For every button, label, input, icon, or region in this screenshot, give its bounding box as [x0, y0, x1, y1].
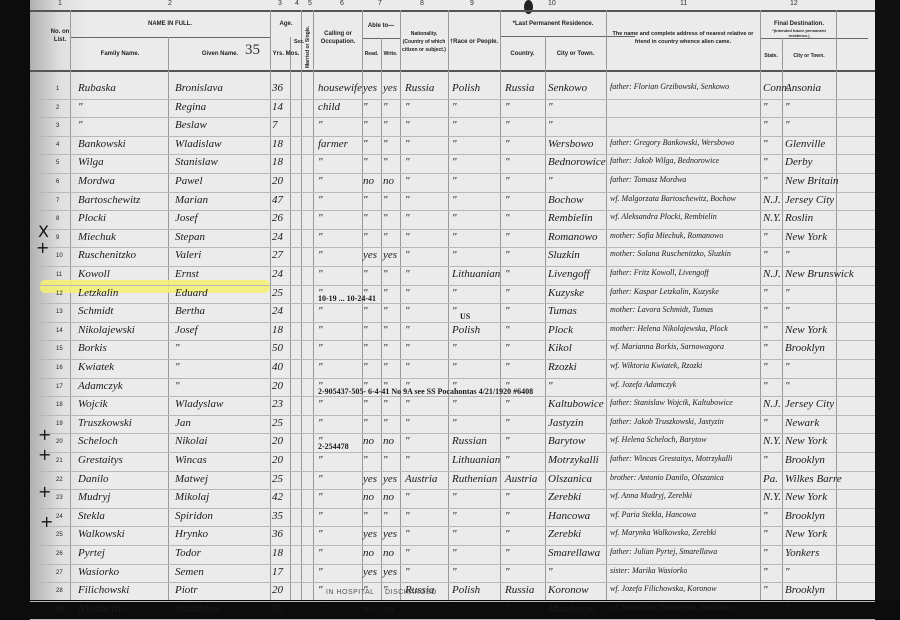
table-row: 21GrestaitysWincas20""""Lithuanian"Motrz… [0, 452, 900, 471]
given-name-cell: " [175, 361, 180, 373]
row-number: 6 [56, 179, 59, 185]
table-row: 23MudryjMikolaj42"nono"""Zerebkiwf. Anna… [0, 489, 900, 508]
race-cell: Lithuanian [452, 454, 500, 466]
occupation-cell: " [318, 175, 323, 187]
col-num: 10 [548, 0, 556, 7]
destination-city-cell: " [785, 287, 790, 299]
row-number: 27 [56, 570, 63, 576]
age-cell: 25 [272, 287, 283, 299]
row-number: 4 [56, 142, 59, 148]
occupation-cell: housewife [318, 82, 362, 94]
destination-city-cell: New Britain [785, 175, 838, 187]
write-cell: " [383, 101, 388, 113]
city-cell: " [548, 175, 553, 187]
header-state: State. [760, 52, 782, 60]
write-cell: " [383, 324, 388, 336]
city-cell: Zerebki [548, 528, 581, 540]
write-cell: no [383, 547, 394, 559]
occupation-cell: " [318, 249, 323, 261]
relative-cell: mother: Helena Nikolajewska, Plock [610, 324, 728, 333]
country-cell: " [505, 398, 510, 410]
row-number: 1 [56, 86, 59, 92]
family-name-cell: Grestaitys [78, 454, 123, 466]
state-cell: " [763, 119, 768, 131]
handwritten-annotation: 10-19 ... 10-24-41 [318, 294, 376, 303]
race-cell: Russian [452, 435, 487, 447]
table-row: 9MiechukStepan24""""""Romanowomother: So… [0, 229, 900, 248]
write-cell: " [383, 287, 388, 299]
row-number: 8 [56, 216, 59, 222]
age-cell: 20 [272, 454, 283, 466]
row-number: 17 [56, 384, 63, 390]
city-cell: Kikol [548, 342, 572, 354]
nationality-cell: Russia [405, 82, 434, 94]
state-cell: N.J. [763, 398, 781, 410]
occupation-cell: " [318, 473, 323, 485]
write-cell: " [383, 194, 388, 206]
family-name-cell: Mordwa [78, 175, 115, 187]
discharged-stamp: DISCHARGED [385, 589, 437, 596]
write-cell: " [383, 305, 388, 317]
family-name-cell: Mudryj [78, 491, 110, 503]
race-cell: " [452, 417, 457, 429]
header-bottom-rule [30, 70, 875, 72]
header-dest-city: City or Town. [782, 52, 836, 60]
race-cell: " [452, 212, 457, 224]
occupation-cell: " [318, 212, 323, 224]
read-cell: " [363, 231, 368, 243]
city-cell: Livengoff [548, 268, 590, 280]
given-name-cell: Eduard [175, 287, 208, 299]
age-cell: 40 [272, 361, 283, 373]
occupation-cell: " [318, 342, 323, 354]
family-name-cell: Stekla [78, 510, 105, 522]
age-cell: 24 [272, 305, 283, 317]
destination-city-cell: Glenville [785, 138, 825, 150]
country-cell: Russia [505, 584, 534, 596]
country-cell: " [505, 156, 510, 168]
read-cell: " [363, 101, 368, 113]
occupation-cell: " [318, 454, 323, 466]
race-cell: " [452, 305, 457, 317]
occupation-cell: " [318, 510, 323, 522]
family-name-cell: Walkowski [78, 528, 125, 540]
nationality-cell: " [405, 231, 410, 243]
relative-cell: father: Tomasz Mordwa [610, 175, 686, 184]
family-name-cell: Bankowski [78, 138, 126, 150]
table-row: 20SchelochNikolai20"nono"Russian"Barytow… [0, 433, 900, 452]
relative-cell: wf. Wiktoria Kwiatek, Rzozki [610, 361, 702, 370]
given-name-cell: Josef [175, 324, 198, 336]
race-cell: " [452, 566, 457, 578]
nationality-cell: " [405, 268, 410, 280]
row-number: 15 [56, 346, 63, 352]
col-num: 5 [308, 0, 312, 7]
table-row: 27WasiorkoSemen17"yesyes""""sister: Mari… [0, 564, 900, 583]
header-nationality: Nationality. (Country of which citizen o… [400, 30, 448, 54]
header-final-destination-note: *(Intended future permanent residence.) [762, 28, 836, 38]
race-cell: " [452, 398, 457, 410]
occupation-cell: " [318, 398, 323, 410]
age-cell: 18 [272, 547, 283, 559]
in-hospital-stamp: IN HOSPITAL [326, 589, 375, 596]
relative-cell: wf. Malgorzata Bartoschewitz, Bochow [610, 194, 736, 203]
occupation-cell: " [318, 156, 323, 168]
write-cell: " [383, 342, 388, 354]
country-cell: " [505, 528, 510, 540]
city-cell: Wersbowo [548, 138, 593, 150]
write-cell: " [383, 417, 388, 429]
race-cell: Lithuanian [452, 268, 500, 280]
family-name-cell: Nikolajewski [78, 324, 135, 336]
relative-cell: wf. Paria Stekla, Hancowa [610, 510, 696, 519]
nationality-cell: " [405, 454, 410, 466]
nationality-cell: " [405, 435, 410, 447]
city-cell: Motrzykalli [548, 454, 599, 466]
row-number: 10 [56, 253, 63, 259]
write-cell: no [383, 175, 394, 187]
race-cell: " [452, 101, 457, 113]
col-num: 12 [790, 0, 798, 7]
table-row: 3"Beslaw7""""""""" [0, 117, 900, 136]
race-cell: " [452, 194, 457, 206]
city-cell: Bochow [548, 194, 583, 206]
race-cell: Polish [452, 324, 480, 336]
race-cell: " [452, 231, 457, 243]
country-cell: " [505, 231, 510, 243]
read-cell: " [363, 324, 368, 336]
state-cell: N.J. [763, 268, 781, 280]
nationality-cell: " [405, 194, 410, 206]
destination-city-cell: Roslin [785, 212, 813, 224]
table-row: 26PyrtejTodor18"nono"""Smarellawafather:… [0, 545, 900, 564]
relative-cell: wf. Aleksandra Plocki, Rembielin [610, 212, 717, 221]
state-cell: " [763, 528, 768, 540]
relative-cell: mother: Sofia Miechuk, Romanowo [610, 231, 723, 240]
col-num: 8 [420, 0, 424, 7]
race-cell: " [452, 119, 457, 131]
given-name-cell: Semen [175, 566, 204, 578]
given-name-cell: Nikolai [175, 435, 207, 447]
margin-cross-mark: + [38, 482, 51, 501]
nationality-cell: " [405, 398, 410, 410]
state-cell: " [763, 510, 768, 522]
read-cell: yes [363, 82, 377, 94]
table-row: 10RuschenitzkoValeri27"yesyes"""Sluzkinm… [0, 247, 900, 266]
age-cell: 24 [272, 268, 283, 280]
destination-city-cell: " [785, 119, 790, 131]
country-cell: " [505, 305, 510, 317]
header-country: Country. [500, 50, 545, 58]
family-name-cell: Kowoll [78, 268, 110, 280]
age-cell: 27 [272, 249, 283, 261]
country-cell: " [505, 249, 510, 261]
read-cell: " [363, 510, 368, 522]
race-cell: " [452, 528, 457, 540]
family-name-cell: Danilo [78, 473, 109, 485]
nationality-cell: " [405, 510, 410, 522]
nationality-cell: " [405, 566, 410, 578]
table-row: 25WalkowskiHrynko36"yesyes"""Zerebkiwf. … [0, 526, 900, 545]
age-cell: 25 [272, 473, 283, 485]
state-cell: " [763, 138, 768, 150]
occupation-cell: " [318, 268, 323, 280]
margin-cross-mark: + [36, 238, 49, 257]
given-name-cell: Piotr [175, 584, 198, 596]
read-cell: " [363, 268, 368, 280]
city-cell: Kuzyske [548, 287, 584, 299]
age-cell: 36 [272, 82, 283, 94]
write-cell: " [383, 119, 388, 131]
relative-cell: sister: Marika Wasiorko [610, 566, 687, 575]
destination-city-cell: " [785, 566, 790, 578]
col-num: 11 [680, 0, 687, 7]
handwritten-annotation: 2-254478 [318, 442, 349, 451]
race-cell: " [452, 249, 457, 261]
read-cell: " [363, 454, 368, 466]
family-name-cell: Scheloch [78, 435, 118, 447]
given-name-cell: Wincas [175, 454, 207, 466]
race-cell: " [452, 547, 457, 559]
read-cell: yes [363, 566, 377, 578]
state-cell: " [763, 156, 768, 168]
occupation-cell: " [318, 361, 323, 373]
race-cell: " [452, 138, 457, 150]
destination-city-cell: New York [785, 528, 827, 540]
relative-cell: wf. Jozefa Adamczyk [610, 380, 676, 389]
family-name-cell: Adamczyk [78, 380, 123, 392]
name-subrule [70, 37, 270, 38]
given-name-cell: Beslaw [175, 119, 207, 131]
row-number: 28 [56, 588, 63, 594]
col-num: 4 [295, 0, 299, 7]
given-name-cell: Valeri [175, 249, 201, 261]
state-cell: N.J. [763, 194, 781, 206]
city-cell: Romanowo [548, 231, 598, 243]
nationality-cell: " [405, 138, 410, 150]
handwritten-annotation: US [460, 312, 470, 321]
age-cell: 20 [272, 380, 283, 392]
header-read: Read. [362, 50, 381, 58]
city-cell: " [548, 380, 553, 392]
state-cell: " [763, 305, 768, 317]
state-cell: " [763, 584, 768, 596]
city-cell: Rzozki [548, 361, 577, 373]
age-cell: 14 [272, 101, 283, 113]
header-age: Age. [272, 20, 300, 28]
country-cell: " [505, 324, 510, 336]
city-cell: Jastyzin [548, 417, 583, 429]
header-married-or-single: Married or Single. [305, 26, 311, 68]
read-cell: yes [363, 528, 377, 540]
relative-cell: father: Fritz Kowoll, Livengoff [610, 268, 709, 277]
destination-city-cell: New York [785, 491, 827, 503]
country-cell: " [505, 287, 510, 299]
state-cell: N.Y. [763, 491, 781, 503]
nationality-cell: " [405, 119, 410, 131]
given-name-cell: Wladyslaw [175, 398, 223, 410]
country-cell: " [505, 454, 510, 466]
family-name-cell: Schmidt [78, 305, 113, 317]
destination-city-cell: Yonkers [785, 547, 819, 559]
occupation-cell: " [318, 528, 323, 540]
row-number: 14 [56, 328, 63, 334]
family-name-cell: Pyrtej [78, 547, 105, 559]
table-row: 14NikolajewskiJosef18""""Polish"Plockmot… [0, 322, 900, 341]
state-cell: " [763, 547, 768, 559]
read-cell: " [363, 119, 368, 131]
city-cell: " [548, 566, 553, 578]
row-number: 22 [56, 477, 63, 483]
age-cell: 50 [272, 342, 283, 354]
table-row: 19TruszkowskiJan25""""""Jastyzinfather: … [0, 415, 900, 434]
nationality-cell: " [405, 305, 410, 317]
header-race: †Race or People. [448, 38, 500, 46]
write-cell: yes [383, 82, 397, 94]
read-cell: " [363, 342, 368, 354]
city-cell: Hancowa [548, 510, 590, 522]
state-cell: " [763, 361, 768, 373]
row-number: 5 [56, 160, 59, 166]
destination-city-cell: Brooklyn [785, 584, 825, 596]
destination-city-cell: " [785, 101, 790, 113]
state-cell: " [763, 287, 768, 299]
given-name-cell: Matwej [175, 473, 208, 485]
state-cell: " [763, 101, 768, 113]
family-name-cell: Wojcik [78, 398, 108, 410]
margin-cross-mark: + [38, 445, 51, 464]
destination-city-cell: Brooklyn [785, 510, 825, 522]
family-name-cell: " [78, 101, 83, 113]
state-cell: " [763, 342, 768, 354]
row-number: 21 [56, 458, 63, 464]
nationality-cell: " [405, 287, 410, 299]
relative-cell: mother: Solana Ruschenitzko, Sluzkin [610, 249, 731, 258]
row-number: 11 [56, 272, 62, 278]
read-cell: no [363, 175, 374, 187]
state-cell: Pa. [763, 473, 778, 485]
city-cell: Senkowo [548, 82, 587, 94]
table-row: 15Borkis"50""""""Kikolwf. Marianna Borki… [0, 340, 900, 359]
read-cell: no [363, 435, 374, 447]
country-cell: " [505, 342, 510, 354]
given-name-cell: Bronislava [175, 82, 223, 94]
relative-cell: wf. Helena Scheloch, Barytow [610, 435, 707, 444]
table-row: 16Kwiatek"40""""""Rzozkiwf. Wiktoria Kwi… [0, 359, 900, 378]
state-cell: " [763, 566, 768, 578]
country-cell: " [505, 491, 510, 503]
age-cell: 7 [272, 119, 278, 131]
country-cell: " [505, 510, 510, 522]
relative-cell: wf. Marianna Borkis, Sarnowagora [610, 342, 724, 351]
nationality-cell: " [405, 547, 410, 559]
state-cell: " [763, 249, 768, 261]
family-name-cell: Filichowski [78, 584, 129, 596]
header-relative: The name and complete address of nearest… [608, 30, 758, 46]
country-cell: " [505, 566, 510, 578]
country-cell: " [505, 417, 510, 429]
table-row: 24SteklaSpiridon35""""""Hancowawf. Paria… [0, 508, 900, 527]
row-number: 26 [56, 551, 63, 557]
write-cell: " [383, 454, 388, 466]
race-cell: Polish [452, 584, 480, 596]
given-name-cell: Bertha [175, 305, 205, 317]
country-cell: " [505, 175, 510, 187]
row-number: 3 [56, 123, 59, 129]
destination-city-cell: Brooklyn [785, 342, 825, 354]
given-name-cell: Todor [175, 547, 201, 559]
race-cell: " [452, 491, 457, 503]
col-num: 2 [168, 0, 172, 7]
table-row: 4BankowskiWladislaw18farmer"""""Wersbowo… [0, 136, 900, 155]
nationality-cell: " [405, 212, 410, 224]
given-name-cell: Ernst [175, 268, 199, 280]
country-cell: " [505, 268, 510, 280]
given-name-cell: Regina [175, 101, 206, 113]
city-cell: Barytow [548, 435, 585, 447]
relative-cell: father: Jakob Truszkowski, Jastyzin [610, 417, 724, 426]
relative-cell: father: Julian Pyrtej, Smarellawa [610, 547, 717, 556]
destination-city-cell: " [785, 361, 790, 373]
occupation-cell: " [318, 584, 323, 596]
relative-cell: wf. Anna Mudryj, Zerebki [610, 491, 692, 500]
page-annotation: 35 [245, 42, 260, 59]
table-row: 8PlockiJosef26""""""Rembielinwf. Aleksan… [0, 210, 900, 229]
row-number: 24 [56, 514, 63, 520]
family-name-cell: Kwiatek [78, 361, 114, 373]
race-cell: Ruthenian [452, 473, 497, 485]
header-sex: Sex. [294, 38, 304, 46]
col-num: 3 [278, 0, 282, 7]
nationality-cell: Austria [405, 473, 437, 485]
destination-subrule [760, 38, 868, 39]
age-cell: 17 [272, 566, 283, 578]
family-name-cell: Plocki [78, 212, 106, 224]
handwritten-annotation: 2-905437-505- 6-4-41 No 9A see SS Pocaho… [318, 387, 533, 396]
relative-cell: father: Jakob Wilga, Bednorowice [610, 156, 719, 165]
nationality-cell: " [405, 361, 410, 373]
table-row: 13SchmidtBertha24""""""Tumasmother: Lavo… [0, 303, 900, 322]
margin-cross-mark: + [40, 512, 53, 531]
family-name-cell: Wasiorko [78, 566, 119, 578]
read-cell: yes [363, 473, 377, 485]
state-cell: " [763, 454, 768, 466]
given-name-cell: Jan [175, 417, 191, 429]
given-name-cell: Hrynko [175, 528, 208, 540]
nationality-cell: " [405, 417, 410, 429]
age-cell: 20 [272, 584, 283, 596]
nationality-cell: " [405, 324, 410, 336]
city-cell: " [548, 101, 553, 113]
family-name-cell: Ruschenitzko [78, 249, 136, 261]
occupation-cell: child [318, 101, 340, 113]
relative-cell: father: Kaspar Letzkalin, Kuzyske [610, 287, 719, 296]
given-name-cell: " [175, 380, 180, 392]
city-cell: Rembielin [548, 212, 593, 224]
table-row: 17Adamczyk"20"""""""wf. Jozefa Adamczyk"… [0, 378, 900, 397]
given-name-cell: Josef [175, 212, 198, 224]
given-name-cell: " [175, 342, 180, 354]
family-name-cell: Miechuk [78, 231, 116, 243]
row-number: 18 [56, 402, 63, 408]
given-name-cell: Stanislaw [175, 156, 218, 168]
age-cell: 20 [272, 175, 283, 187]
nationality-cell: " [405, 249, 410, 261]
col-num: 9 [470, 0, 474, 7]
state-cell: " [763, 231, 768, 243]
row-number: 20 [56, 439, 63, 445]
age-cell: 42 [272, 491, 283, 503]
